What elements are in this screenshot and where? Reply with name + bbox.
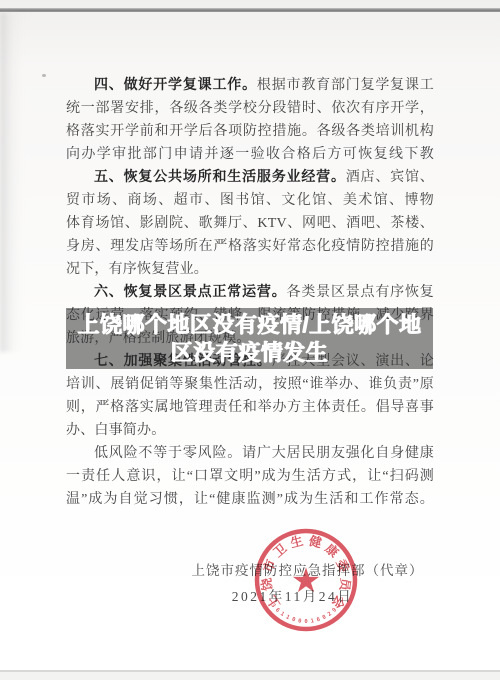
official-seal: 上饶市卫生健康委员会 ★ 3611000160292 — [244, 518, 368, 642]
svg-text:1: 1 — [310, 618, 315, 625]
svg-text:6: 6 — [316, 617, 322, 624]
svg-text:0: 0 — [298, 618, 302, 624]
doc-line: 四、做好开学复课工作。根据市教育部门复学复课工作 — [66, 74, 434, 97]
document-page: 四、做好开学复课工作。根据市教育部门复学复课工作 统一部署安排，各级各类学校分段… — [66, 74, 434, 511]
doc-line: 办、白事简办。 — [66, 419, 434, 442]
doc-line: 况下，有序恢复营业。 — [66, 258, 434, 281]
doc-line: 五、恢复公共场所和生活服务业经营。酒店、宾馆、农 — [66, 166, 434, 189]
doc-line: 格落实开学前和开学后各项防控措施。各级各类培训机构要 — [66, 120, 434, 143]
svg-text:0: 0 — [304, 619, 307, 625]
doc-line: 统一部署安排，各级各类学校分段错时、依次有序开学，严 — [66, 97, 434, 120]
svg-text:0: 0 — [322, 614, 328, 621]
doc-line: 体育场馆、影剧院、歌舞厅、KTV、网吧、酒吧、茶楼、健 — [66, 212, 434, 235]
svg-text:2: 2 — [327, 611, 333, 618]
svg-text:1: 1 — [279, 611, 286, 618]
svg-text:饶: 饶 — [259, 577, 275, 592]
doc-line: 贸市场、商场、超市、图书馆、文化馆、美术馆、博物馆、 — [66, 189, 434, 212]
doc-line: 向办学审批部门申请并逐一验收合格后方可恢复线下教学。 — [66, 143, 434, 166]
section-heading: 六、恢复景区景点正常运营。 — [94, 285, 287, 300]
doc-line: 低风险不等于零风险。请广大居民朋友强化自身健康第 — [66, 442, 434, 465]
doc-line: 培训、展销促销等聚集性活动，按照“谁举办、谁负责”原 — [66, 373, 434, 396]
svg-text:0: 0 — [291, 617, 296, 624]
caption-line-2: 区没有疫情发生 — [171, 339, 329, 367]
doc-line: 身房、理发店等场所在严格落实好常态化疫情防控措施的情 — [66, 235, 434, 258]
section-heading: 五、恢复公共场所和生活服务业经营。 — [94, 170, 346, 185]
doc-line: 温”成为自觉习惯，让“健康监测”成为生活和工作常态。 — [66, 488, 434, 511]
doc-line: 六、恢复景区景点正常运营。各类景区景点有序恢复常 — [66, 281, 434, 304]
seal-star: ★ — [291, 561, 321, 601]
svg-text:生: 生 — [289, 533, 305, 551]
svg-text:1: 1 — [285, 614, 291, 621]
dust-speck — [42, 74, 46, 77]
doc-line: 一责任人意识，让“口罩文明”成为生活方式，让“扫码测 — [66, 465, 434, 488]
section-heading: 四、做好开学复课工作。 — [94, 78, 257, 93]
caption-overlay: 上饶哪个地区没有疫情/上饶哪个地 区没有疫情发生 — [66, 308, 433, 369]
photo-bottom-margin — [0, 672, 500, 680]
caption-line-1: 上饶哪个地区没有疫情/上饶哪个地 — [77, 311, 421, 339]
photo-left-shadow — [0, 12, 22, 352]
doc-line: 则，严格落实属地管理责任和举办方主体责任。倡导喜事缓 — [66, 396, 434, 419]
svg-text:员: 员 — [337, 577, 352, 592]
photo-top-edge-line — [0, 8, 500, 12]
